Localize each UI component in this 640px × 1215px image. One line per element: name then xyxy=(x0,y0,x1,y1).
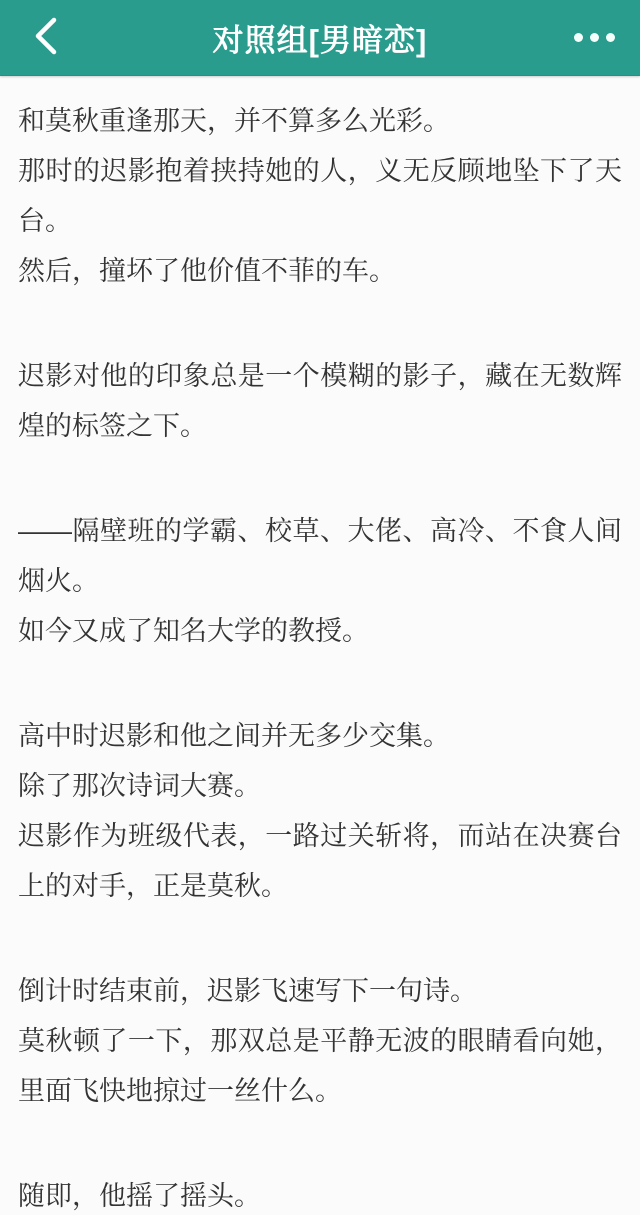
paragraph: 除了那次诗词大赛。 xyxy=(18,761,622,811)
paragraph: 莫秋顿了一下，那双总是平静无波的眼睛看向她，里面飞快地掠过一丝什么。 xyxy=(18,1016,622,1116)
paragraph: ——隔壁班的学霸、校草、大佬、高冷、不食人间烟火。 xyxy=(18,506,622,606)
paragraph: 那时的迟影抱着挟持她的人，义无反顾地坠下了天台。 xyxy=(18,146,622,246)
page-title: 对照组[男暗恋] xyxy=(70,15,570,60)
ellipsis-icon xyxy=(574,33,615,42)
title-bar: 对照组[男暗恋] xyxy=(0,0,640,76)
reader-content: 和莫秋重逢那天，并不算多么光彩。 那时的迟影抱着挟持她的人，义无反顾地坠下了天台… xyxy=(0,76,640,1215)
paragraph: 然后，撞坏了他价值不菲的车。 xyxy=(18,246,622,296)
paragraph: 随即，他摇了摇头。 xyxy=(18,1171,622,1215)
paragraph: 迟影对他的印象总是一个模糊的影子，藏在无数辉煌的标签之下。 xyxy=(18,351,622,451)
chevron-left-icon xyxy=(33,16,59,59)
paragraph: 如今又成了知名大学的教授。 xyxy=(18,606,622,656)
paragraph: 迟影作为班级代表，一路过关斩将，而站在决赛台上的对手，正是莫秋。 xyxy=(18,811,622,911)
back-button[interactable] xyxy=(22,14,70,62)
paragraph: 高中时迟影和他之间并无多少交集。 xyxy=(18,711,622,761)
paragraph: 和莫秋重逢那天，并不算多么光彩。 xyxy=(18,96,622,146)
paragraph: 倒计时结束前，迟影飞速写下一句诗。 xyxy=(18,966,622,1016)
more-button[interactable] xyxy=(570,14,618,62)
